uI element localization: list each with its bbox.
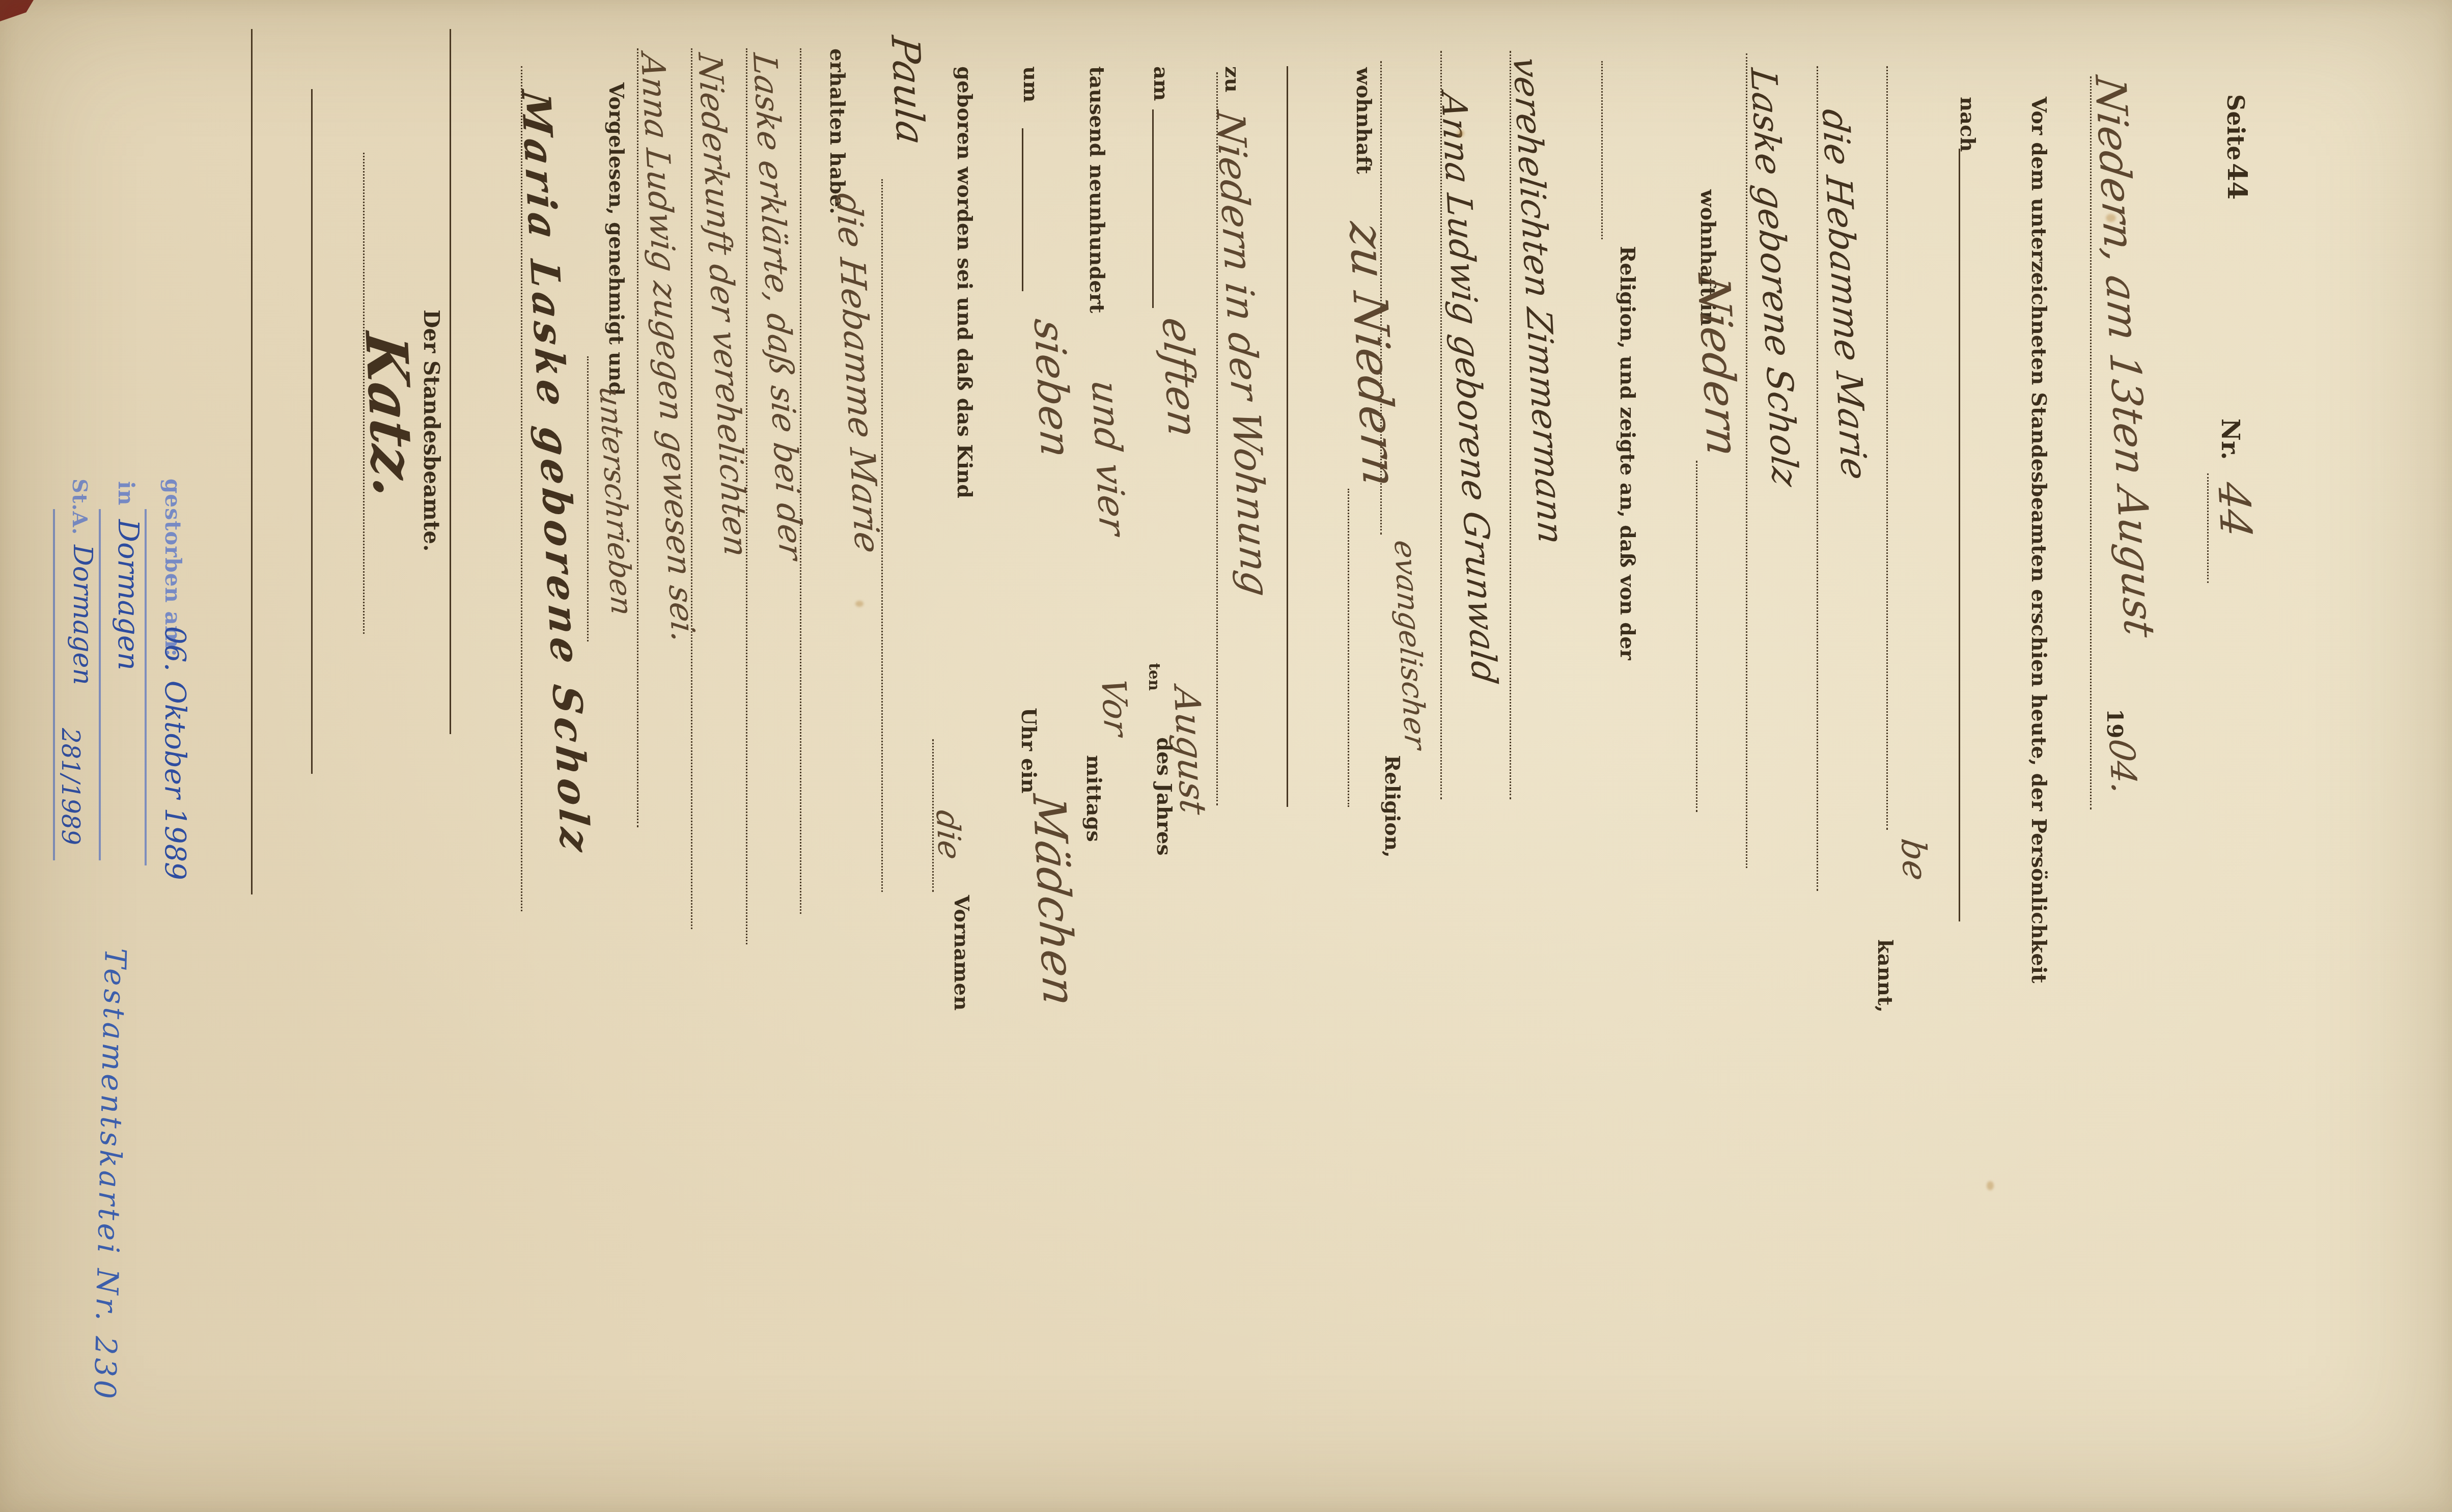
stamp-death-date: 06. Oktober 1989 [158,626,191,880]
page-number-label: Seite [2222,94,2249,160]
den-handwriting: die [929,808,969,862]
informant-handwriting-1: die Hebamme Marie [1814,107,1876,482]
tausend-label: tausend neunhundert [1085,66,1109,313]
scanned-register-page: Seite 44 Nr. 44 Niedern, am 13ten August… [0,0,2452,1512]
jahres-label: des Jahres [1152,737,1176,856]
intro-line1: Vor dem unterzeichneten Standesbeamten e… [2027,97,2051,983]
informant-handwriting-2: Laske geborene Scholz [1742,66,1806,489]
dateline-handwriting: Niedern, am 13ten August [2085,74,2163,640]
intro-line2-rule [1959,149,1960,921]
mittags-prefix-handwriting: Vor [1094,676,1136,738]
stamp-rule-1 [145,509,147,865]
am-label: am [1149,66,1173,101]
mother-rule-2 [1440,51,1442,799]
informant-signature: Maria Laske geborene Scholz [512,88,598,858]
page-number-value: 44 [2221,163,2252,200]
stamp-rule-3 [53,509,55,860]
informant-religion-rule [1601,61,1603,239]
informant-wohnhaft-rule [1696,461,1697,812]
vorgelesen-rule [587,356,589,641]
erhalten-label: erhalten habe. [825,48,849,214]
day-handwriting: elften [1153,315,1207,440]
child-name-handwriting: Paula [882,34,934,147]
intro-line3-rule [1886,66,1888,830]
mother-wohnhaft-value: zu Niedern [1339,220,1407,490]
hour-rule [1022,128,1023,291]
zu-value-handwriting: Niedern in der Wohnung [1208,108,1279,599]
mother-religion-value: evangelischer [1387,539,1433,751]
stamp-in-label: in [114,481,138,506]
entry-number-rule [2207,473,2209,583]
closing-handwriting-1: die Hebamme Marie [828,191,887,555]
separator-rule [450,29,451,734]
informant-rule-2 [1746,53,1747,868]
uhr-label: Uhr ein [1017,708,1041,794]
foxing-spot [2106,214,2116,222]
mother-wohnhaft-rule [1348,489,1349,807]
stamp-sta-number: 281/1989 [56,728,85,845]
intro-line3-end: kannt, [1873,939,1897,1013]
foxing-spot [855,601,863,607]
stamp-sta-label: St.A. [68,479,92,535]
stamp-sta-place: Dormagen [67,545,98,685]
sex-handwriting: Mädchen [1022,792,1086,1009]
margin-note: Testamentskartei Nr. 230 [87,947,133,1402]
intro-line2-word: nach [1956,97,1980,152]
zu-label: zu [1220,66,1244,93]
blank-rule-1 [311,89,313,774]
day-rule [1152,109,1154,308]
vorgelesen-label: Vorgelesen, genehmigt und [604,82,628,396]
closing-rule-4 [637,48,638,827]
geboren-label: geboren worden sei und daß das Kind [953,66,977,498]
informant-religion-line: Religion, und zeigte an, daß von der [1615,246,1639,660]
dateline-rule [2090,76,2092,809]
ten-label: ten [1145,663,1163,691]
mittags-label: mittags [1082,755,1106,842]
dateline-year-printed: 19 [2102,709,2127,738]
mother-handwriting-2: Anna Ludwig geborene Grunwald [1433,91,1504,686]
entry-number-value: 44 [2208,480,2261,540]
um-label: um [1019,66,1043,102]
informant-wohnhaft-value: Niedern [1687,272,1748,459]
dateline-year-handwriting: 04. [2101,737,2144,797]
address-blank-rule [1287,66,1288,807]
zu-rule [1216,72,1218,805]
registrar-signature-rule [363,153,365,634]
hour-handwriting: sieben [1024,317,1080,460]
signature-rule [521,66,522,911]
vorgelesen-handwriting: unterschrieben [593,385,639,618]
mother-rule-1 [1510,51,1511,799]
stamp-death-place: Dormagen [112,519,145,670]
informant-rule-1 [1817,66,1818,891]
register-sheet: Seite 44 Nr. 44 Niedern, am 13ten August… [0,0,2452,1512]
vornamen-label: Vornamen [950,895,973,1011]
blank-rule-2 [251,29,253,894]
foxing-spot [1987,1181,1994,1190]
foxing-spot [1457,130,1464,137]
stamp-rule-2 [99,509,101,860]
mother-religion-label: Religion, [1380,755,1404,858]
year-handwriting: und vier [1083,378,1134,537]
entry-number-label: Nr. [2216,418,2244,460]
intro-line3-handwriting: be [1893,836,1935,883]
mother-handwriting-1: verehelichten Zimmermann [1505,55,1571,547]
mother-wohnhaft-label: wohnhaft [1352,67,1376,174]
closing-handwriting-3: Niederkunft der verehelichten [690,51,755,559]
